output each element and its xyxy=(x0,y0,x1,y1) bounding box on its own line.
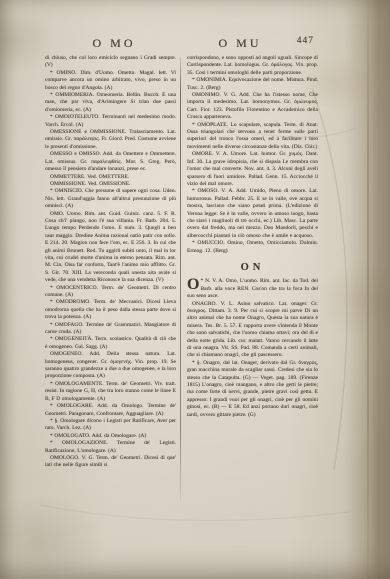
dictionary-entry: * OMOLOGARE. Add. da Omologo. Termine de… xyxy=(45,403,176,418)
dictionary-entry: * OMONIMIA. Equivocazione del nome. Mist… xyxy=(187,77,318,92)
book-page-scan: O MO O MU 447 di chiuso, che col loro em… xyxy=(0,0,390,579)
page-fold-line xyxy=(367,0,369,579)
dictionary-entry: * OMOFAGO. Termine de' Grammatici. Mangi… xyxy=(45,322,176,337)
section-heading-on: ON xyxy=(187,264,318,271)
dictionary-entry: * §. Omologare dicono i Legisti per Rati… xyxy=(45,418,176,433)
dictionary-entry-on: * ON. V. A. Omo, L'uomo. Rim. ant. Iac. … xyxy=(187,278,318,300)
dictionary-entry: OMESSIONE e OMMISSIONE. Tralasciamento. … xyxy=(45,129,176,151)
dictionary-entry: * OMOIOTELEUTO. Terminanti nel medesimo … xyxy=(45,114,176,129)
column-divider-rule xyxy=(180,57,181,500)
dictionary-entry: * §. Onagro, dal lat. Onager, derivato d… xyxy=(187,360,318,419)
dictionary-entry: * OMOLOGAZIONE. Termine de' Legisti. Rat… xyxy=(45,440,176,455)
dictionary-entry: * OMOLOGATO. Add. da Omologare. (A) xyxy=(45,433,176,440)
dictionary-entry: * OMMIOMERIA. Omeomeria. Bellin. Bucch. … xyxy=(45,92,176,114)
dictionary-entry: * OMOCENTRICO. Term. de' Geometri. Di ce… xyxy=(45,285,176,300)
dictionary-entry: * OMUCCIO. Omino, Ometto, Omicciattolo. … xyxy=(187,240,318,255)
dictionary-entry: OMOGENEO. Add. Della stessa natura. Lat.… xyxy=(45,351,176,381)
right-column-lower-entries: ONAGRO. V. L. Asino salvatico. Lat. onag… xyxy=(187,301,318,420)
dictionary-entry: * OMNISCIO. Che presume di sapere ogni c… xyxy=(45,188,176,210)
dictionary-entry: * OMOGENEITÀ. Term. scolastico. Qualità … xyxy=(45,336,176,351)
dictionary-entry: corrispondono, e sono opposti ad angoli … xyxy=(187,55,318,77)
right-column-upper-entries: corrispondono, e sono opposti ad angoli … xyxy=(187,55,318,255)
drop-cap-initial-o: O xyxy=(187,278,200,291)
on-entry-text: N. V. A. Omo, L'uomo. Rim. ant. Iac. da … xyxy=(187,278,318,299)
dictionary-entry: OMMETTERE. Ved. OMETTERE. xyxy=(45,174,176,181)
dictionary-entry: * OMOLOGAMENTE. Term. de' Geometri. Viv.… xyxy=(45,381,176,403)
dictionary-entry: * OMODROMO. Term. de' Meccanici. Dicesi … xyxy=(45,299,176,321)
right-text-column: corrispondono, e sono opposti ad angoli … xyxy=(187,55,318,419)
dictionary-entry: OMO. Uomo. Rim. ant. Guid. Guinic. canz.… xyxy=(45,211,176,285)
running-head-right: O MU xyxy=(204,36,276,51)
entry-star-marker: * xyxy=(200,278,203,284)
dictionary-entry: ONAGRO. V. L. Asino salvatico. Lat. onag… xyxy=(187,301,318,360)
dictionary-entry: * OMOPLATE. Lo scapulare, scapula. Term.… xyxy=(187,122,318,152)
dictionary-entry: OMESSO e OMISSO. Add. da Omettere e Omme… xyxy=(45,151,176,173)
dictionary-entry: OMORE. V. A. Umore. Lat. humor. Gr. χυμό… xyxy=(187,151,318,188)
dictionary-entry: * OMOSO. V. A. Add. Umido, Pieno di omor… xyxy=(187,188,318,240)
dictionary-entry: di chiuso, che col loro emiciclo segnano… xyxy=(45,55,176,70)
dictionary-entry: OMONIMO. V. G. Add. Che ha l'istesso nom… xyxy=(187,92,318,122)
dictionary-entry: OMOLOGO. V. G. Term. de' Geometri. Dices… xyxy=(45,455,176,470)
running-head-left: O MO xyxy=(78,36,150,51)
page-number: 447 xyxy=(288,36,314,46)
dictionary-entry: * OMINO. Dim. d'Uomo. Ometto. Magal. let… xyxy=(45,70,176,92)
left-text-column: di chiuso, che col loro emiciclo segnano… xyxy=(45,55,176,470)
